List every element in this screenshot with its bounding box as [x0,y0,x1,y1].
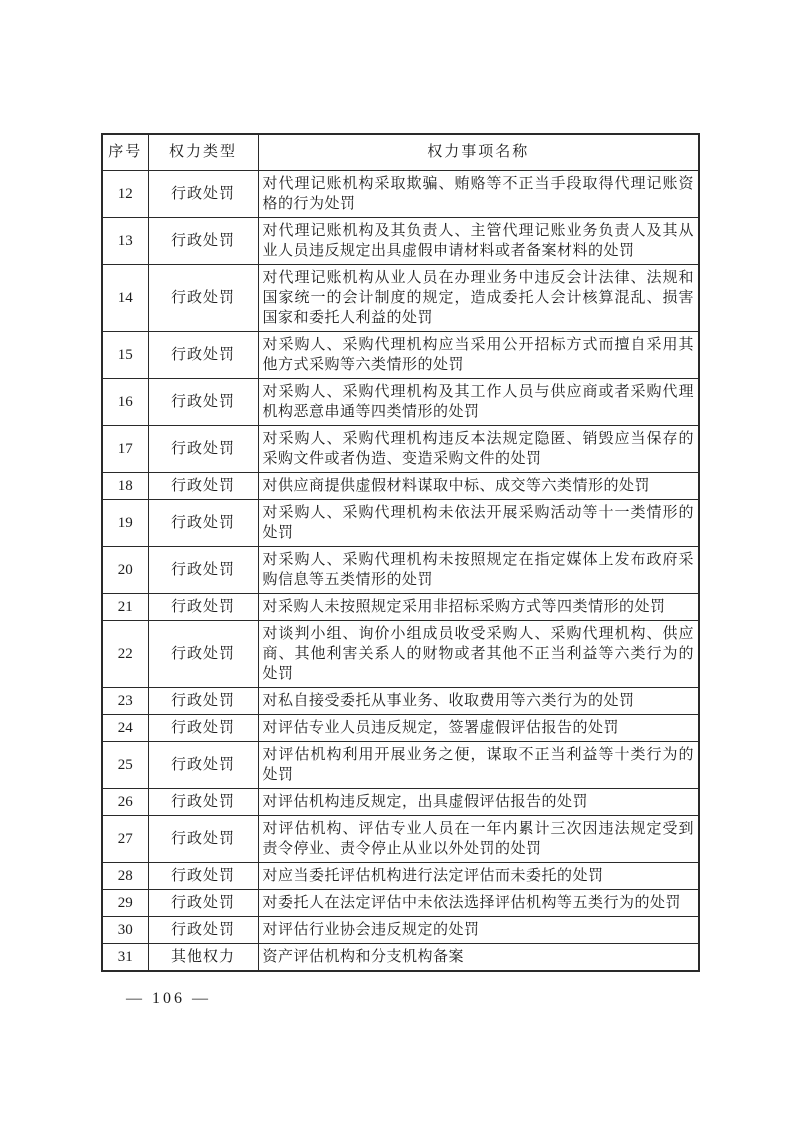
header-serial-number: 序号 [102,134,148,170]
header-power-item-name: 权力事项名称 [258,134,699,170]
power-item-name-cell: 对评估行业协会违反规定的处罚 [258,916,699,943]
serial-number-cell: 23 [102,687,148,714]
power-type-cell: 行政处罚 [148,916,258,943]
power-item-name-cell: 对代理记账机构及其负责人、主管代理记账业务负责人及其从业人员违反规定出具虚假申请… [258,217,699,264]
table-row: 12 行政处罚 对代理记账机构采取欺骗、贿赂等不正当手段取得代理记账资格的行为处… [102,170,699,217]
power-item-name-cell: 对评估机构违反规定，出具虚假评估报告的处罚 [258,788,699,815]
table-row: 28 行政处罚 对应当委托评估机构进行法定评估而未委托的处罚 [102,862,699,889]
power-type-cell: 行政处罚 [148,425,258,472]
power-type-cell: 行政处罚 [148,815,258,862]
power-item-name-cell: 对采购人、采购代理机构未按照规定在指定媒体上发布政府采购信息等五类情形的处罚 [258,546,699,593]
serial-number-cell: 26 [102,788,148,815]
table-row: 23 行政处罚 对私自接受委托从事业务、收取费用等六类行为的处罚 [102,687,699,714]
serial-number-cell: 18 [102,472,148,499]
page-number: — 106 — [126,990,211,1008]
power-item-name-cell: 对采购人、采购代理机构及其工作人员与供应商或者采购代理机构恶意串通等四类情形的处… [258,378,699,425]
serial-number-cell: 30 [102,916,148,943]
table-header-row: 序号 权力类型 权力事项名称 [102,134,699,170]
power-item-name-cell: 对采购人未按照规定采用非招标采购方式等四类情形的处罚 [258,593,699,620]
power-item-name-cell: 对采购人、采购代理机构未依法开展采购活动等十一类情形的处罚 [258,499,699,546]
table-row: 16 行政处罚 对采购人、采购代理机构及其工作人员与供应商或者采购代理机构恶意串… [102,378,699,425]
header-power-type: 权力类型 [148,134,258,170]
power-item-name-cell: 资产评估机构和分支机构备案 [258,943,699,971]
serial-number-cell: 27 [102,815,148,862]
table-row: 21 行政处罚 对采购人未按照规定采用非招标采购方式等四类情形的处罚 [102,593,699,620]
power-type-cell: 行政处罚 [148,620,258,687]
serial-number-cell: 29 [102,889,148,916]
power-type-cell: 行政处罚 [148,889,258,916]
table-row: 17 行政处罚 对采购人、采购代理机构违反本法规定隐匿、销毁应当保存的采购文件或… [102,425,699,472]
power-type-cell: 行政处罚 [148,862,258,889]
table-row: 29 行政处罚 对委托人在法定评估中未依法选择评估机构等五类行为的处罚 [102,889,699,916]
serial-number-cell: 22 [102,620,148,687]
table-row: 27 行政处罚 对评估机构、评估专业人员在一年内累计三次因违法规定受到责令停业、… [102,815,699,862]
table-row: 26 行政处罚 对评估机构违反规定，出具虚假评估报告的处罚 [102,788,699,815]
power-type-cell: 行政处罚 [148,331,258,378]
power-type-cell: 行政处罚 [148,714,258,741]
table-row: 15 行政处罚 对采购人、采购代理机构应当采用公开招标方式而擅自采用其他方式采购… [102,331,699,378]
table-row: 20 行政处罚 对采购人、采购代理机构未按照规定在指定媒体上发布政府采购信息等五… [102,546,699,593]
power-type-cell: 行政处罚 [148,687,258,714]
power-type-cell: 行政处罚 [148,264,258,331]
power-item-name-cell: 对评估机构、评估专业人员在一年内累计三次因违法规定受到责令停业、责令停止从业以外… [258,815,699,862]
document-page: 序号 权力类型 权力事项名称 12 行政处罚 对代理记账机构采取欺骗、贿赂等不正… [0,0,793,1122]
table-body: 12 行政处罚 对代理记账机构采取欺骗、贿赂等不正当手段取得代理记账资格的行为处… [102,170,699,971]
serial-number-cell: 12 [102,170,148,217]
table-row: 18 行政处罚 对供应商提供虚假材料谋取中标、成交等六类情形的处罚 [102,472,699,499]
power-type-cell: 行政处罚 [148,546,258,593]
power-item-name-cell: 对代理记账机构采取欺骗、贿赂等不正当手段取得代理记账资格的行为处罚 [258,170,699,217]
serial-number-cell: 28 [102,862,148,889]
serial-number-cell: 14 [102,264,148,331]
serial-number-cell: 17 [102,425,148,472]
table-row: 14 行政处罚 对代理记账机构从业人员在办理业务中违反会计法律、法规和国家统一的… [102,264,699,331]
serial-number-cell: 31 [102,943,148,971]
power-type-cell: 行政处罚 [148,217,258,264]
serial-number-cell: 21 [102,593,148,620]
table-row: 22 行政处罚 对谈判小组、询价小组成员收受采购人、采购代理机构、供应商、其他利… [102,620,699,687]
power-item-name-cell: 对代理记账机构从业人员在办理业务中违反会计法律、法规和国家统一的会计制度的规定，… [258,264,699,331]
serial-number-cell: 15 [102,331,148,378]
power-type-cell: 行政处罚 [148,472,258,499]
power-type-cell: 行政处罚 [148,378,258,425]
power-type-cell: 行政处罚 [148,499,258,546]
table-row: 24 行政处罚 对评估专业人员违反规定，签署虚假评估报告的处罚 [102,714,699,741]
table-row: 13 行政处罚 对代理记账机构及其负责人、主管代理记账业务负责人及其从业人员违反… [102,217,699,264]
power-type-cell: 行政处罚 [148,170,258,217]
serial-number-cell: 25 [102,741,148,788]
power-type-cell: 行政处罚 [148,593,258,620]
power-item-name-cell: 对供应商提供虚假材料谋取中标、成交等六类情形的处罚 [258,472,699,499]
power-items-table: 序号 权力类型 权力事项名称 12 行政处罚 对代理记账机构采取欺骗、贿赂等不正… [101,133,700,972]
serial-number-cell: 19 [102,499,148,546]
power-type-cell: 行政处罚 [148,788,258,815]
power-item-name-cell: 对私自接受委托从事业务、收取费用等六类行为的处罚 [258,687,699,714]
table-row: 30 行政处罚 对评估行业协会违反规定的处罚 [102,916,699,943]
serial-number-cell: 20 [102,546,148,593]
power-item-name-cell: 对评估专业人员违反规定，签署虚假评估报告的处罚 [258,714,699,741]
table-row: 19 行政处罚 对采购人、采购代理机构未依法开展采购活动等十一类情形的处罚 [102,499,699,546]
power-item-name-cell: 对谈判小组、询价小组成员收受采购人、采购代理机构、供应商、其他利害关系人的财物或… [258,620,699,687]
serial-number-cell: 24 [102,714,148,741]
power-item-name-cell: 对应当委托评估机构进行法定评估而未委托的处罚 [258,862,699,889]
table-row: 25 行政处罚 对评估机构利用开展业务之便，谋取不正当利益等十类行为的处罚 [102,741,699,788]
power-item-name-cell: 对采购人、采购代理机构应当采用公开招标方式而擅自采用其他方式采购等六类情形的处罚 [258,331,699,378]
power-type-cell: 行政处罚 [148,741,258,788]
power-type-cell: 其他权力 [148,943,258,971]
power-item-name-cell: 对委托人在法定评估中未依法选择评估机构等五类行为的处罚 [258,889,699,916]
table-row: 31 其他权力 资产评估机构和分支机构备案 [102,943,699,971]
serial-number-cell: 13 [102,217,148,264]
power-item-name-cell: 对采购人、采购代理机构违反本法规定隐匿、销毁应当保存的采购文件或者伪造、变造采购… [258,425,699,472]
power-item-name-cell: 对评估机构利用开展业务之便，谋取不正当利益等十类行为的处罚 [258,741,699,788]
serial-number-cell: 16 [102,378,148,425]
